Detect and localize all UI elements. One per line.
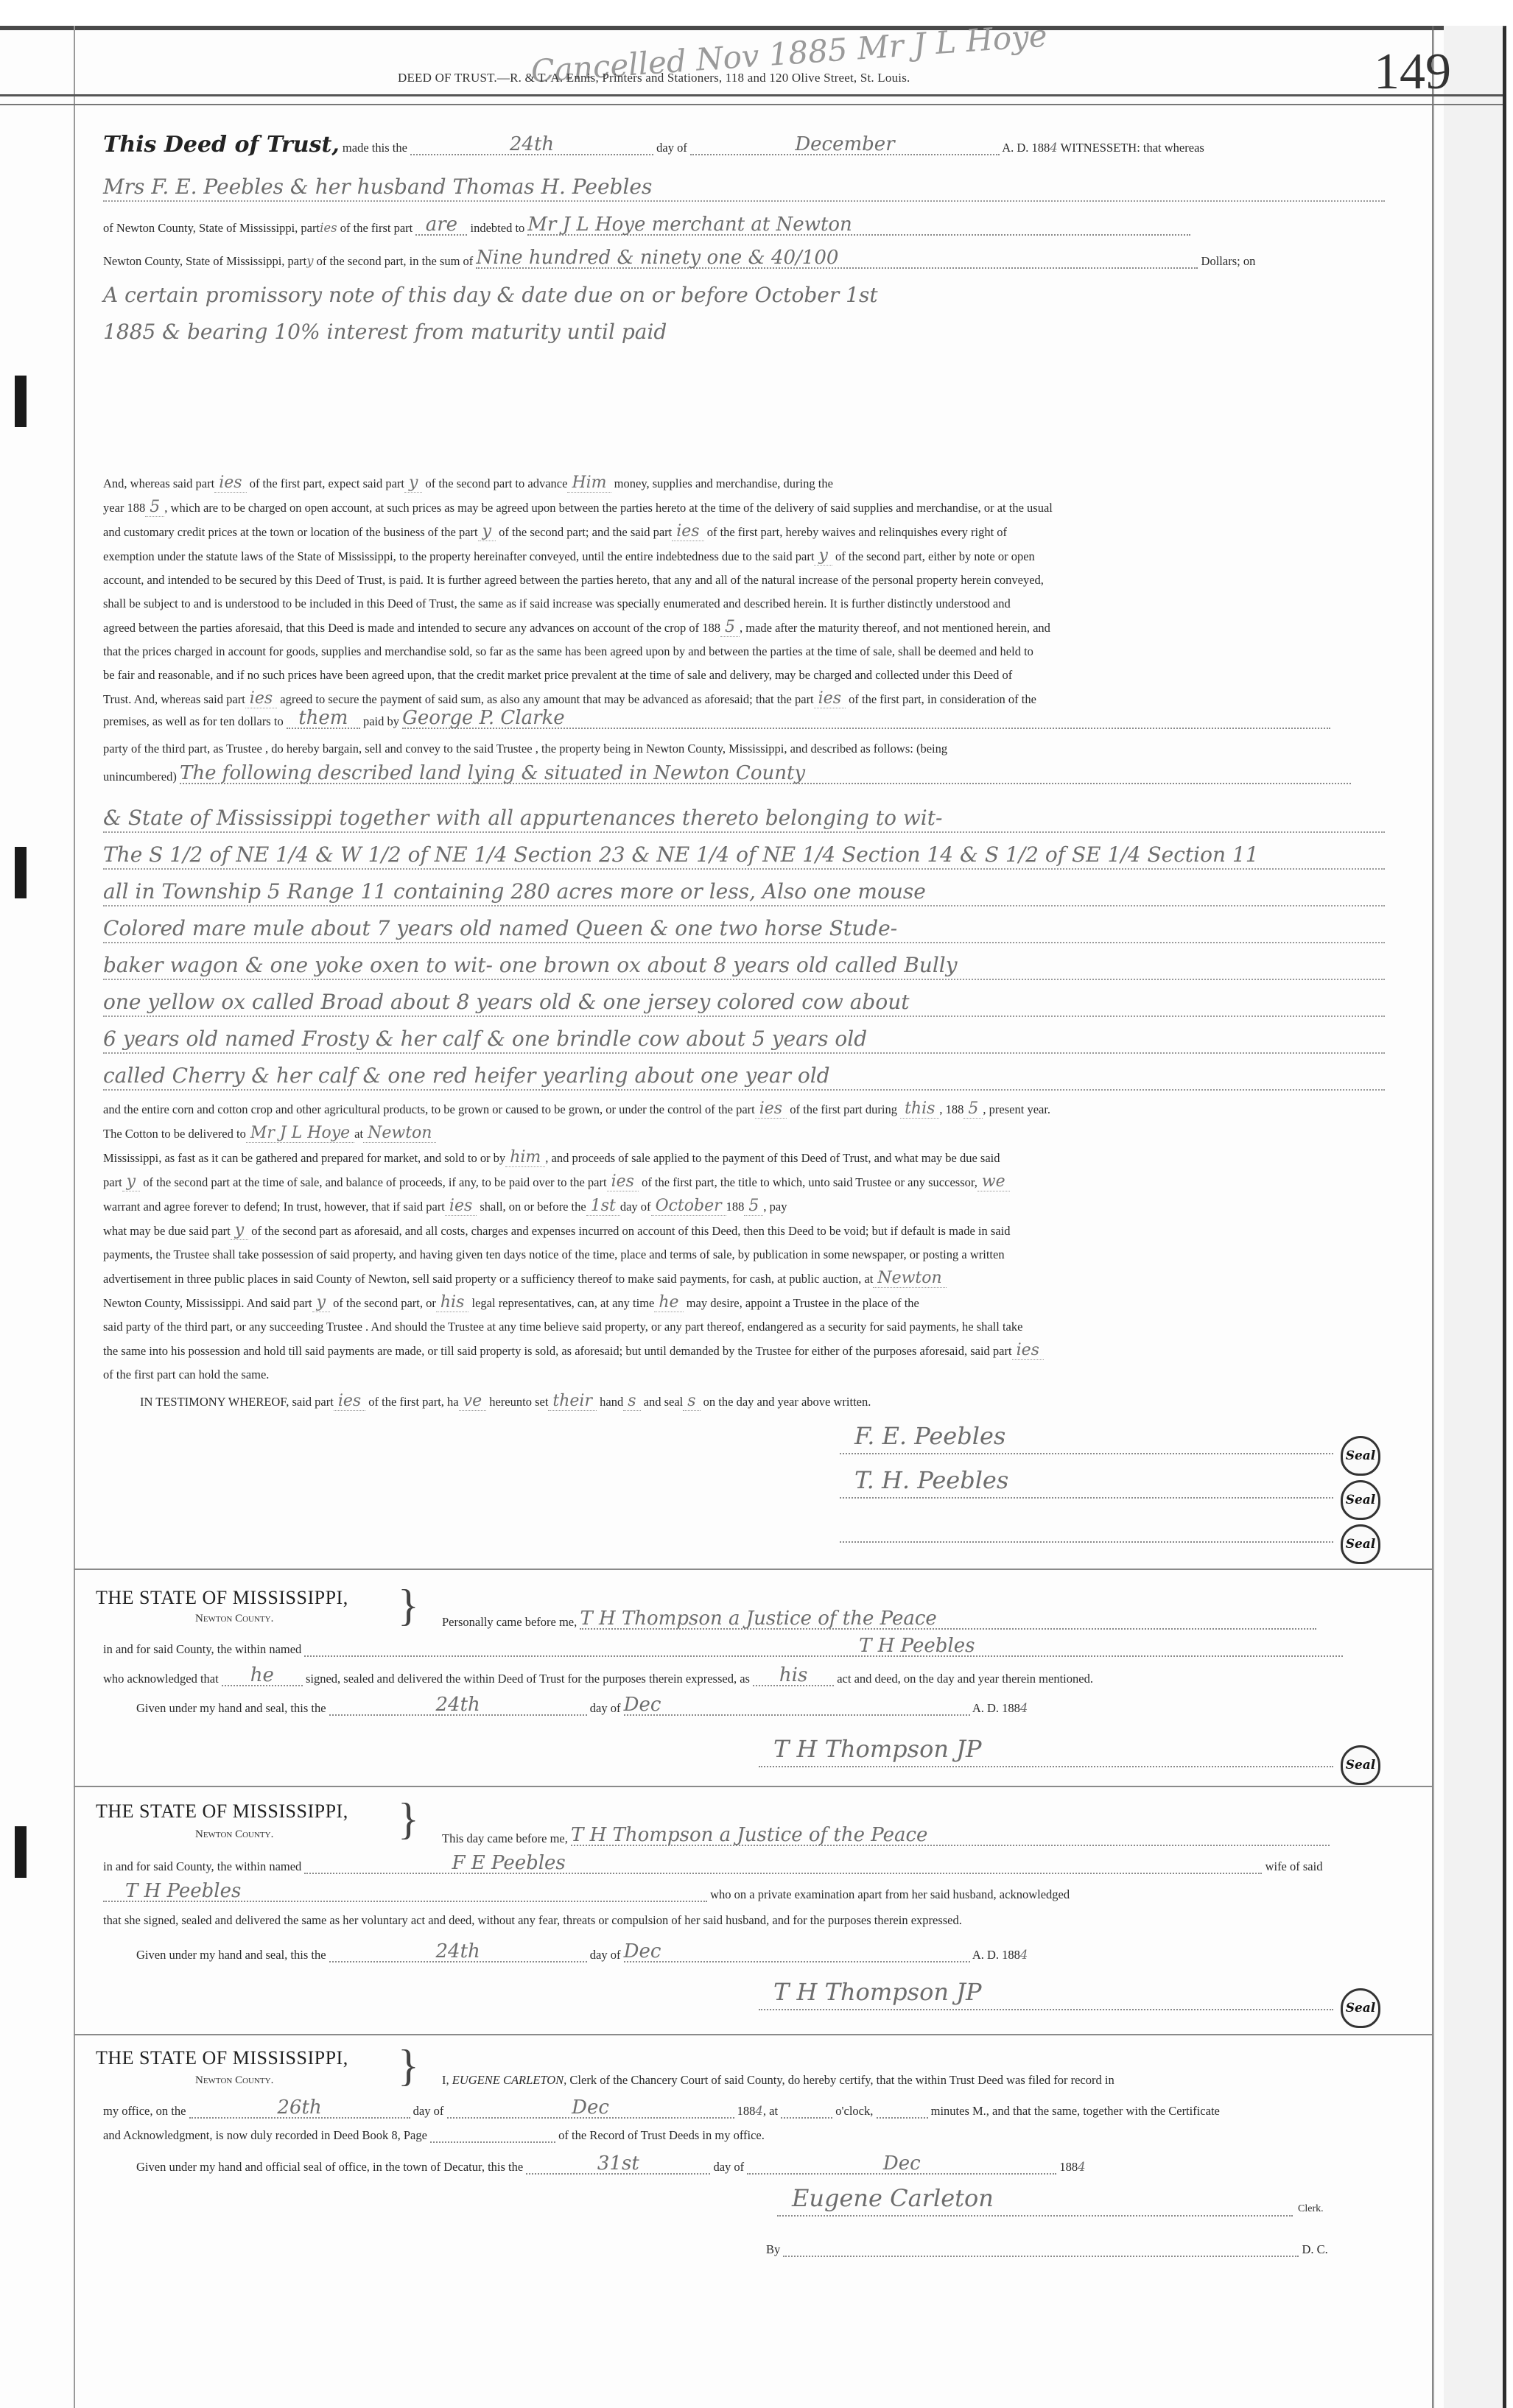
text-line: IN TESTIMONY WHEREOF, said parties of th… — [140, 1394, 1422, 1409]
seal-icon: Seal — [1341, 1524, 1380, 1564]
grantors-field: Mrs F. E. Peebles & her husband Thomas H… — [103, 168, 1385, 202]
text-line: The Cotton to be delivered toMr J L Hoye… — [103, 1122, 1385, 1146]
section-divider — [74, 1569, 1432, 1570]
text-line: account, and intended to be secured by t… — [103, 568, 1385, 592]
text-line: of the first part can hold the same. — [103, 1363, 1385, 1387]
opening-line: This Deed of Trust, made this the 24th d… — [103, 137, 1385, 155]
text-line: shall be subject to and is understood to… — [103, 592, 1385, 616]
seal-icon: Seal — [1341, 1480, 1380, 1520]
property-line: one yellow ox called Broad about 8 years… — [103, 983, 1385, 1017]
text-line: said party of the third part, or any suc… — [103, 1315, 1385, 1339]
county-label: Newton County. — [195, 1828, 273, 1841]
printer-line: DEED OF TRUST.—R. & T. A. Ennis, Printer… — [398, 71, 910, 85]
property-line: baker wagon & one yoke oxen to wit- one … — [103, 946, 1385, 980]
text-line: warrant and agree forever to defend; In … — [103, 1194, 1385, 1219]
signature-line-3 — [840, 1506, 1333, 1543]
property-line: all in Township 5 Range 11 containing 28… — [103, 873, 1385, 906]
creditor-field: Mr J L Hoye merchant at Newton — [527, 217, 1190, 236]
signature-line-2: T. H. Peebles — [840, 1462, 1333, 1499]
text-line: be fair and reasonable, and if no such p… — [103, 663, 1385, 687]
left-margin-rule — [74, 26, 75, 2408]
premises-line: premises, as well as for ten dollars to … — [103, 711, 1385, 729]
advance-clause: And, whereas said parties of the first p… — [103, 471, 1385, 711]
sum-field: Nine hundred & ninety one & 40/100 — [476, 250, 1198, 269]
text-line: that the prices charged in account for g… — [103, 640, 1385, 663]
brace-icon: } — [398, 1583, 419, 1627]
text-line: and the entire corn and cotton crop and … — [103, 1097, 1385, 1122]
text-line: Newton County, Mississippi. And said par… — [103, 1291, 1385, 1315]
page-number: 149 — [1374, 43, 1451, 102]
seal-icon: Seal — [1341, 1436, 1380, 1476]
seal-icon: Seal — [1341, 1745, 1380, 1785]
text-line: payments, the Trustee shall take possess… — [103, 1243, 1385, 1267]
justice-signature: T H Thompson JP — [759, 1731, 1333, 1767]
right-margin-rule — [1432, 26, 1434, 2408]
seal-icon: Seal — [1341, 1988, 1380, 2028]
trustee-field: George P. Clarke — [402, 711, 1330, 729]
clerk-signature: Eugene Carleton — [777, 2180, 1293, 2217]
section-divider — [74, 1786, 1432, 1787]
property-line: Colored mare mule about 7 years old name… — [103, 909, 1385, 943]
text-line: Mississippi, as fast as it can be gather… — [103, 1146, 1385, 1170]
crop-clause: and the entire corn and cotton crop and … — [103, 1097, 1385, 1387]
binding-mark — [15, 847, 27, 898]
month-field: December — [690, 137, 1000, 155]
property-line: called Cherry & her calf & one red heife… — [103, 1057, 1385, 1091]
clerk-name: EUGENE CARLETON, — [452, 2073, 567, 2087]
text-line: And, whereas said parties of the first p… — [103, 471, 1385, 496]
clerk-label: Clerk. — [1298, 2202, 1357, 2217]
text-line: advertisement in three public places in … — [103, 1267, 1385, 1291]
text-line: what may be due said party of the second… — [103, 1219, 1385, 1243]
county-line-first-part: of Newton County, State of Mississippi, … — [103, 217, 1385, 236]
brace-icon: } — [398, 1797, 419, 1841]
note-line-2: 1885 & bearing 10% interest from maturit… — [103, 313, 1385, 345]
state-heading: THE STATE OF MISSISSIPPI, — [96, 1587, 348, 1609]
county-label: Newton County. — [195, 1613, 273, 1625]
text-line: agreed between the parties aforesaid, th… — [103, 616, 1385, 640]
property-line: & State of Mississippi together with all… — [103, 799, 1385, 833]
justice-signature: T H Thompson JP — [759, 1974, 1333, 2010]
text-line: and customary credit prices at the town … — [103, 520, 1385, 544]
right-margin — [1444, 26, 1503, 2408]
county-line-second-part: Newton County, State of Mississippi, par… — [103, 250, 1385, 269]
binding-mark — [15, 376, 27, 427]
header-rule — [0, 94, 1503, 105]
party-line: party of the third part, as Trustee , do… — [103, 742, 1385, 756]
brace-icon: } — [398, 2043, 419, 2088]
binding-mark — [15, 1826, 27, 1878]
day-field: 24th — [410, 137, 653, 155]
state-heading: THE STATE OF MISSISSIPPI, — [96, 1800, 348, 1823]
testimony-line: IN TESTIMONY WHEREOF, said parties of th… — [140, 1394, 1422, 1409]
property-line: 6 years old named Frosty & her calf & on… — [103, 1020, 1385, 1054]
text-line: year 1885, which are to be charged on op… — [103, 496, 1385, 520]
state-heading: THE STATE OF MISSISSIPPI, — [96, 2047, 348, 2069]
section-divider — [74, 2034, 1432, 2035]
unincumbered-line: unincumbered) The following described la… — [103, 766, 1385, 784]
text-line: the same into his possession and hold ti… — [103, 1339, 1385, 1363]
text-line: party of the second part at the time of … — [103, 1170, 1385, 1194]
county-label: Newton County. — [195, 2074, 273, 2087]
text-line: exemption under the statute laws of the … — [103, 544, 1385, 568]
note-line-1: A certain promissory note of this day & … — [103, 276, 1385, 309]
text-line: Trust. And, whereas said parties agreed … — [103, 687, 1385, 711]
deed-title: This Deed of Trust, — [103, 132, 340, 158]
signature-line-1: F. E. Peebles — [840, 1418, 1333, 1454]
property-line: The S 1/2 of NE 1/4 & W 1/2 of NE 1/4 Se… — [103, 836, 1385, 870]
